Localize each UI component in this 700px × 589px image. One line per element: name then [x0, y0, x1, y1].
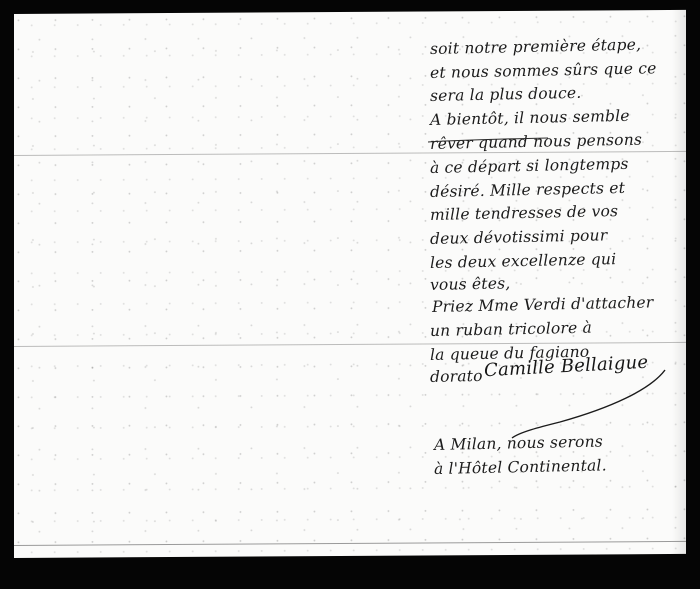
scanned-document: soit notre première étape, et nous somme…	[0, 0, 700, 589]
letter-line: deux dévotissimi pour	[430, 226, 608, 248]
text-underline	[420, 0, 680, 160]
letter-line: vous êtes,	[430, 274, 511, 294]
fold-line	[14, 541, 686, 546]
postscript-line: à l'Hôtel Continental.	[434, 456, 607, 478]
signature-flourish	[420, 360, 680, 440]
letter-line: un ruban tricolore à	[430, 319, 592, 340]
